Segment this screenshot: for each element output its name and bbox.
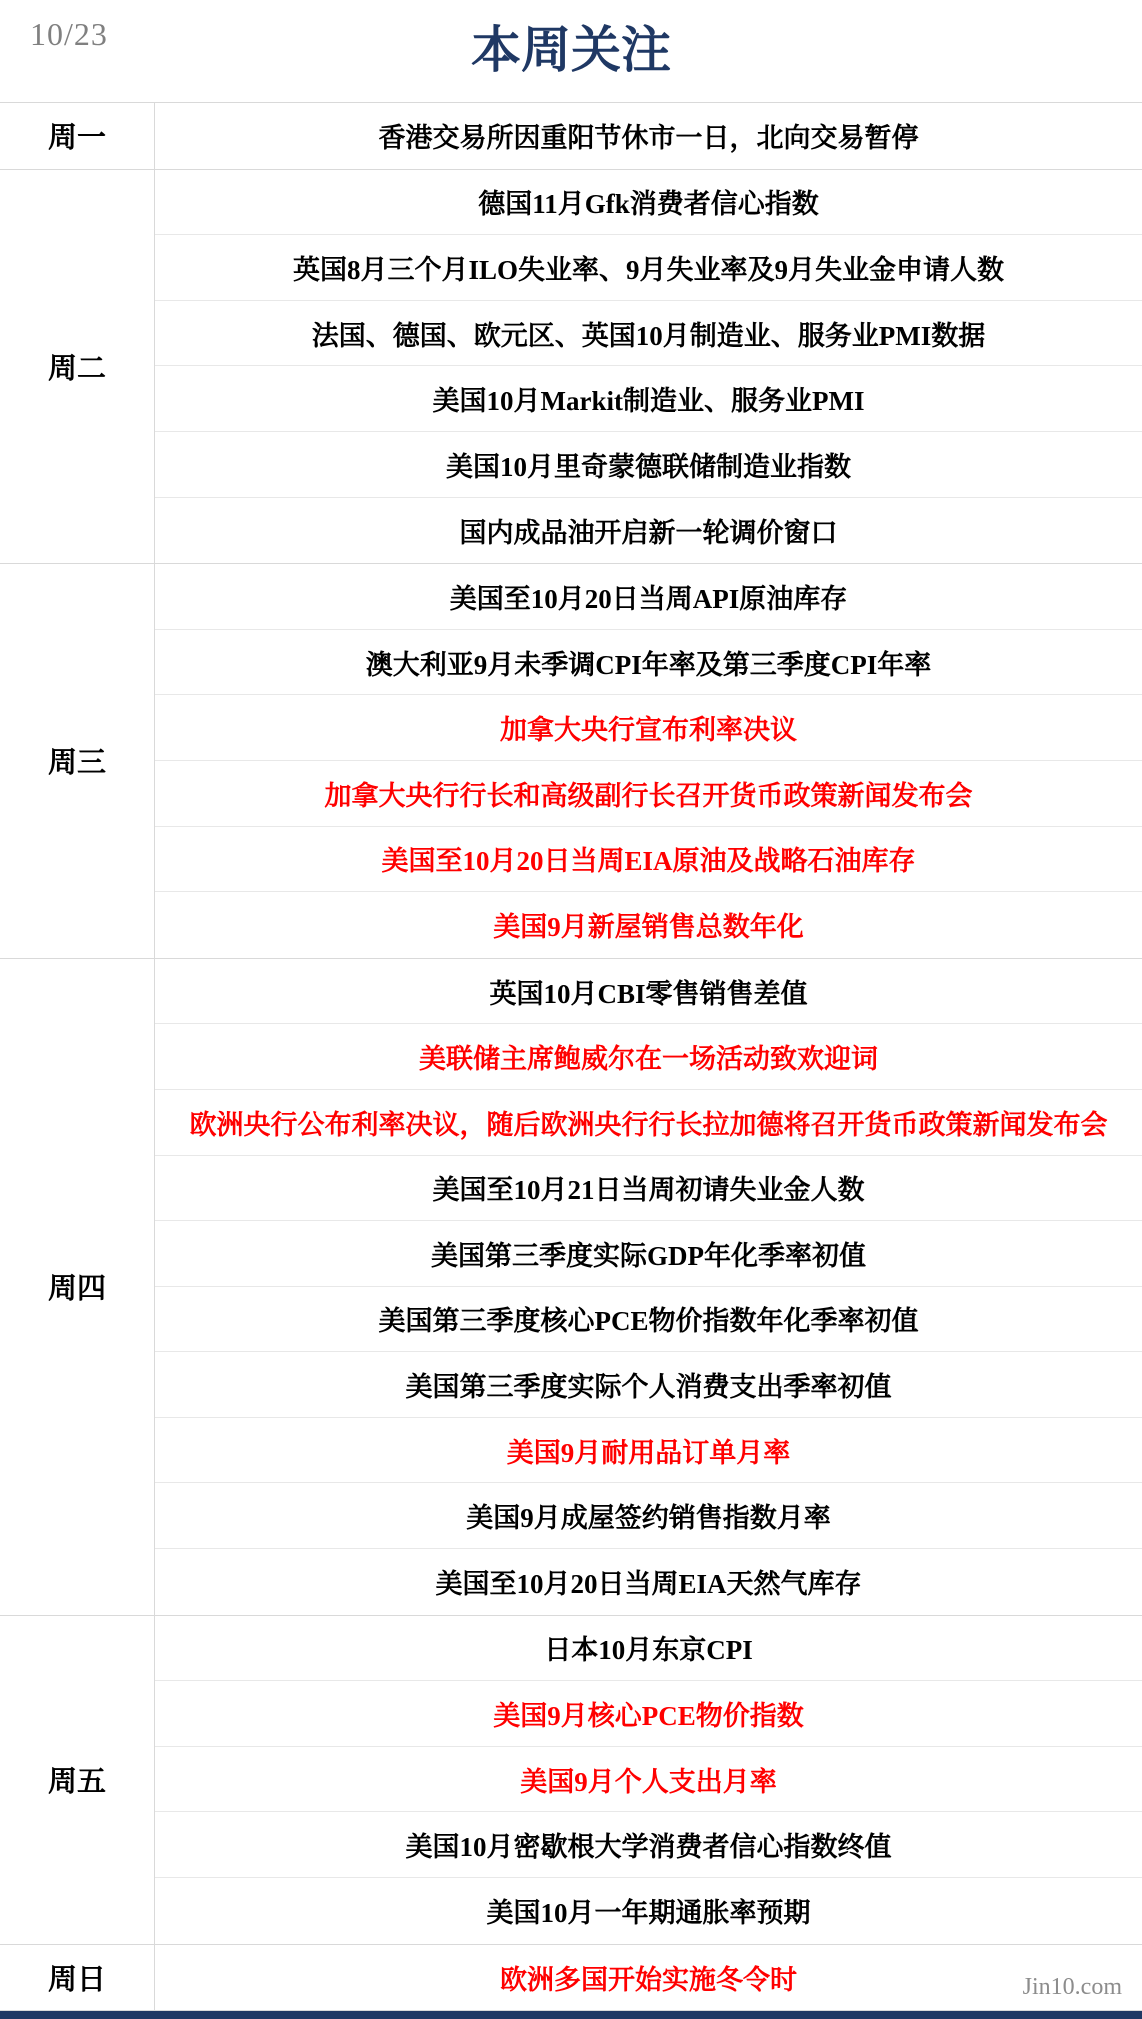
week-table: 周一香港交易所因重阳节休市一日，北向交易暂停周二德国11月Gfk消费者信心指数英… (0, 103, 1142, 2011)
events-column: 欧洲多国开始实施冬令时 (155, 1945, 1142, 2011)
event-row: 美国至10月20日当周API原油库存 (155, 564, 1142, 630)
event-row: 加拿大央行行长和高级副行长召开货币政策新闻发布会 (155, 761, 1142, 827)
event-row: 加拿大央行宣布利率决议 (155, 695, 1142, 761)
event-text: 美国至10月20日当周EIA天然气库存 (435, 1562, 861, 1601)
event-row: 英国10月CBI零售销售差值 (155, 959, 1142, 1025)
day-cell: 周四 (0, 959, 155, 1615)
day-section-4: 周四英国10月CBI零售销售差值美联储主席鲍威尔在一场活动致欢迎词欧洲央行公布利… (0, 959, 1142, 1616)
event-row: 美国至10月21日当周初请失业金人数 (155, 1156, 1142, 1222)
event-row: 美国第三季度核心PCE物价指数年化季率初值 (155, 1287, 1142, 1353)
event-text: 美国第三季度实际GDP年化季率初值 (431, 1234, 866, 1273)
event-text: 美国9月个人支出月率 (520, 1760, 777, 1799)
watermark: Jin10.com (1023, 1974, 1122, 2001)
event-text: 欧洲央行公布利率决议，随后欧洲央行行长拉加德将召开货币政策新闻发布会 (190, 1103, 1108, 1142)
event-text: 美国第三季度核心PCE物价指数年化季率初值 (379, 1299, 919, 1338)
event-row: 美国9月个人支出月率 (155, 1747, 1142, 1813)
event-text: 美国10月Markit制造业、服务业PMI (433, 379, 865, 418)
day-label: 周日 (48, 1957, 106, 1998)
event-row: 美国第三季度实际个人消费支出季率初值 (155, 1352, 1142, 1418)
day-cell: 周二 (0, 170, 155, 564)
event-text: 美国至10月20日当周API原油库存 (450, 577, 848, 616)
event-text: 美国9月新屋销售总数年化 (493, 905, 804, 944)
event-text: 美国9月核心PCE物价指数 (493, 1694, 804, 1733)
event-text: 美国10月里奇蒙德联储制造业指数 (446, 445, 851, 484)
events-column: 英国10月CBI零售销售差值美联储主席鲍威尔在一场活动致欢迎词欧洲央行公布利率决… (155, 959, 1142, 1615)
event-row: 美国10月密歇根大学消费者信心指数终值 (155, 1812, 1142, 1878)
event-text: 美国第三季度实际个人消费支出季率初值 (406, 1365, 892, 1404)
header: 10/23 本周关注 (0, 0, 1142, 103)
events-column: 德国11月Gfk消费者信心指数英国8月三个月ILO失业率、9月失业率及9月失业金… (155, 170, 1142, 564)
day-cell: 周五 (0, 1616, 155, 1944)
event-row: 欧洲央行公布利率决议，随后欧洲央行行长拉加德将召开货币政策新闻发布会 (155, 1090, 1142, 1156)
day-section-2: 周二德国11月Gfk消费者信心指数英国8月三个月ILO失业率、9月失业率及9月失… (0, 170, 1142, 565)
event-row: 澳大利亚9月未季调CPI年率及第三季度CPI年率 (155, 630, 1142, 696)
event-row: 德国11月Gfk消费者信心指数 (155, 170, 1142, 236)
event-text: 欧洲多国开始实施冬令时 (500, 1958, 797, 1997)
day-section-1: 周一香港交易所因重阳节休市一日，北向交易暂停 (0, 103, 1142, 170)
event-row: 香港交易所因重阳节休市一日，北向交易暂停 (155, 103, 1142, 169)
event-row: 美国10月里奇蒙德联储制造业指数 (155, 432, 1142, 498)
event-text: 加拿大央行行长和高级副行长召开货币政策新闻发布会 (325, 774, 973, 813)
event-row: 美国9月成屋签约销售指数月率 (155, 1483, 1142, 1549)
event-text: 美国9月成屋签约销售指数月率 (466, 1496, 831, 1535)
event-row: 美国至10月20日当周EIA天然气库存 (155, 1549, 1142, 1615)
event-row: 欧洲多国开始实施冬令时 (155, 1945, 1142, 2011)
event-text: 美国至10月20日当周EIA原油及战略石油库存 (381, 839, 915, 878)
day-cell: 周三 (0, 564, 155, 958)
event-text: 澳大利亚9月未季调CPI年率及第三季度CPI年率 (366, 643, 932, 682)
day-cell: 周一 (0, 103, 155, 169)
event-text: 日本10月东京CPI (544, 1628, 753, 1667)
event-text: 英国8月三个月ILO失业率、9月失业率及9月失业金申请人数 (293, 248, 1004, 287)
event-row: 美联储主席鲍威尔在一场活动致欢迎词 (155, 1024, 1142, 1090)
event-text: 美国10月密歇根大学消费者信心指数终值 (406, 1825, 892, 1864)
day-cell: 周日 (0, 1945, 155, 2011)
day-label: 周三 (48, 740, 106, 781)
page-title: 本周关注 (0, 10, 1142, 82)
event-row: 日本10月东京CPI (155, 1616, 1142, 1682)
event-row: 美国至10月20日当周EIA原油及战略石油库存 (155, 827, 1142, 893)
event-text: 国内成品油开启新一轮调价窗口 (460, 511, 838, 550)
event-row: 美国10月一年期通胀率预期 (155, 1878, 1142, 1944)
day-label: 周四 (48, 1266, 106, 1307)
footer-bar (0, 2011, 1142, 2019)
day-label: 周一 (48, 115, 106, 156)
event-text: 美联储主席鲍威尔在一场活动致欢迎词 (419, 1037, 878, 1076)
event-text: 德国11月Gfk消费者信心指数 (478, 182, 819, 221)
event-text: 加拿大央行宣布利率决议 (500, 708, 797, 747)
event-row: 美国9月核心PCE物价指数 (155, 1681, 1142, 1747)
events-column: 日本10月东京CPI美国9月核心PCE物价指数美国9月个人支出月率美国10月密歇… (155, 1616, 1142, 1944)
event-row: 美国10月Markit制造业、服务业PMI (155, 366, 1142, 432)
event-row: 美国9月耐用品订单月率 (155, 1418, 1142, 1484)
event-row: 国内成品油开启新一轮调价窗口 (155, 498, 1142, 564)
event-row: 美国9月新屋销售总数年化 (155, 892, 1142, 958)
event-text: 法国、德国、欧元区、英国10月制造业、服务业PMI数据 (312, 314, 985, 353)
day-section-3: 周三美国至10月20日当周API原油库存澳大利亚9月未季调CPI年率及第三季度C… (0, 564, 1142, 959)
event-row: 英国8月三个月ILO失业率、9月失业率及9月失业金申请人数 (155, 235, 1142, 301)
event-text: 美国10月一年期通胀率预期 (487, 1891, 811, 1930)
day-section-6: 周日欧洲多国开始实施冬令时 (0, 1945, 1142, 2012)
weekly-focus-card: 10/23 本周关注 周一香港交易所因重阳节休市一日，北向交易暂停周二德国11月… (0, 0, 1142, 2019)
event-text: 英国10月CBI零售销售差值 (489, 972, 807, 1011)
event-text: 美国9月耐用品订单月率 (507, 1431, 791, 1470)
event-text: 美国至10月21日当周初请失业金人数 (433, 1168, 865, 1207)
event-row: 美国第三季度实际GDP年化季率初值 (155, 1221, 1142, 1287)
events-column: 香港交易所因重阳节休市一日，北向交易暂停 (155, 103, 1142, 169)
day-label: 周二 (48, 346, 106, 387)
day-section-5: 周五日本10月东京CPI美国9月核心PCE物价指数美国9月个人支出月率美国10月… (0, 1616, 1142, 1945)
event-row: 法国、德国、欧元区、英国10月制造业、服务业PMI数据 (155, 301, 1142, 367)
events-column: 美国至10月20日当周API原油库存澳大利亚9月未季调CPI年率及第三季度CPI… (155, 564, 1142, 958)
day-label: 周五 (48, 1759, 106, 1800)
event-text: 香港交易所因重阳节休市一日，北向交易暂停 (379, 116, 919, 155)
